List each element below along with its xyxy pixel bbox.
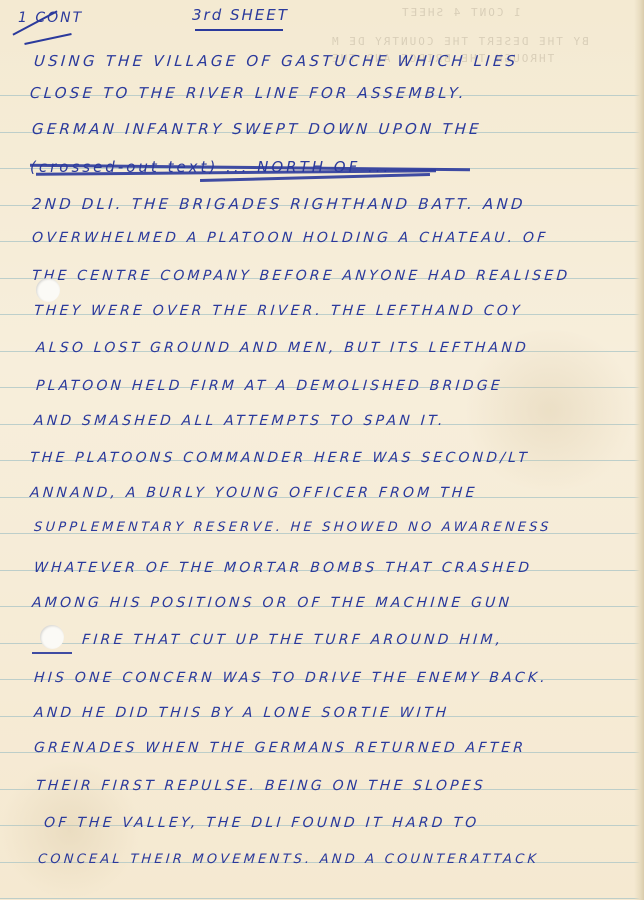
handwritten-line: AMONG HIS POSITIONS OR OF THE MACHINE GU…	[31, 595, 512, 611]
hole-punch	[40, 625, 64, 649]
handwritten-line: WHATEVER OF THE MORTAR BOMBS THAT CRASHE…	[33, 560, 532, 576]
bleed-through-text: BY THE DESERT THE COUNTRY DE M	[330, 35, 589, 48]
paper-edge	[634, 0, 644, 900]
handwritten-line: OVERWHELMED A PLATOON HOLDING A CHATEAU.…	[31, 230, 549, 246]
handwritten-line: HIS ONE CONCERN WAS TO DRIVE THE ENEMY B…	[33, 670, 548, 686]
sheet-number-underline	[195, 29, 283, 31]
bleed-through-text: 1 CONT 4 SHEET	[400, 6, 521, 19]
handwritten-line: THEIR FIRST REPULSE. BEING ON THE SLOPES	[35, 778, 486, 794]
handwritten-line: THE PLATOONS COMMANDER HERE WAS SECOND/L…	[29, 450, 530, 466]
hole-punch	[36, 278, 60, 302]
ruled-line	[0, 898, 644, 899]
handwritten-line: THEY WERE OVER THE RIVER. THE LEFTHAND C…	[33, 303, 523, 319]
handwritten-line: GRENADES WHEN THE GERMANS RETURNED AFTER	[33, 740, 526, 756]
handwritten-line: GERMAN INFANTRY SWEPT DOWN UPON THE	[31, 120, 482, 138]
handwritten-line: OF THE VALLEY, THE DLI FOUND IT HARD TO	[43, 815, 479, 831]
handwritten-line: ANNAND, A BURLY YOUNG OFFICER FROM THE	[29, 485, 478, 501]
handwritten-line: CLOSE TO THE RIVER LINE FOR ASSEMBLY.	[29, 84, 467, 102]
manuscript-page: 1 CONT 4 SHEET BY THE DESERT THE COUNTRY…	[0, 0, 644, 900]
handwritten-line: 2ND DLI. THE BRIGADES RIGHTHAND BATT. AN…	[31, 195, 526, 213]
handwritten-line: THE CENTRE COMPANY BEFORE ANYONE HAD REA…	[31, 268, 570, 284]
sheet-number: 3rd SHEET	[192, 6, 289, 24]
handwritten-line: SUPPLEMENTARY RESERVE. HE SHOWED NO AWAR…	[33, 520, 552, 535]
handwritten-line: USING THE VILLAGE OF GASTUCHE WHICH LIES	[33, 52, 519, 70]
handwritten-line: AND SMASHED ALL ATTEMPTS TO SPAN IT.	[33, 413, 446, 429]
handwritten-line: PLATOON HELD FIRM AT A DEMOLISHED BRIDGE	[35, 378, 503, 394]
strike-line	[32, 652, 72, 654]
handwritten-line: AND HE DID THIS BY A LONE SORTIE WITH	[33, 705, 450, 721]
handwritten-line: CONCEAL THEIR MOVEMENTS. AND A COUNTERAT…	[37, 852, 539, 867]
handwritten-line: ALSO LOST GROUND AND MEN, BUT ITS LEFTHA…	[35, 340, 529, 356]
handwritten-line: FIRE THAT CUT UP THE TURF AROUND HIM,	[81, 632, 503, 648]
page-reference-underline	[24, 33, 71, 45]
